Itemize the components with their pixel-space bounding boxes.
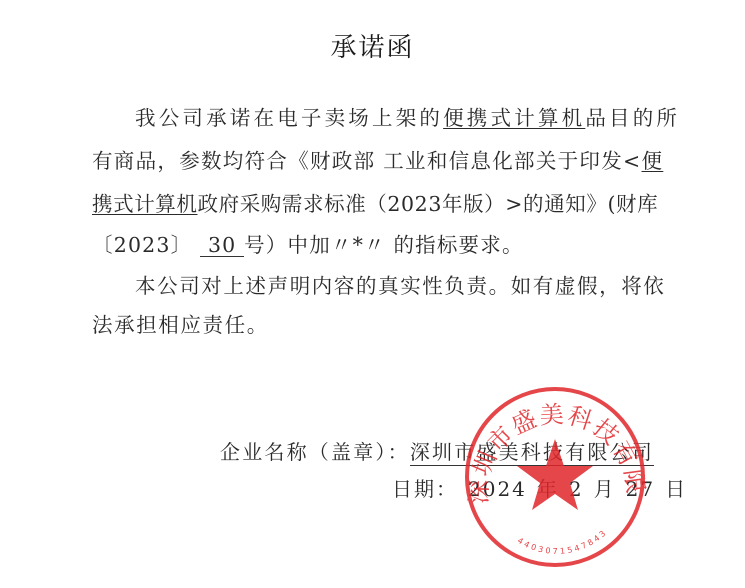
text: 有商品，参数均符合《财政部 工业和信息化部关于印发<	[92, 149, 642, 173]
paragraph1-line3: 携式计算机政府采购需求标准（2023年版）>的通知》(财库	[92, 192, 658, 216]
date-label: 日期：	[392, 477, 458, 501]
date-year: 2024	[468, 477, 527, 501]
paragraph1-line2: 有商品，参数均符合《财政部 工业和信息化部关于印发<便	[92, 149, 663, 173]
text: 〔2023〕	[92, 233, 192, 257]
date-day: 27	[626, 477, 655, 501]
text: 我公司承诺在电子卖场上架的	[135, 106, 443, 130]
document-number: 30	[200, 234, 244, 257]
paragraph2-line2: 法承担相应责任。	[92, 313, 269, 337]
product-name-part: 便	[642, 149, 664, 173]
company-label: 企业名称（盖章）：	[220, 440, 410, 464]
paragraph2-line1: 本公司对上述声明内容的真实性负责。如有虚假，将依	[135, 274, 665, 298]
company-signature: 企业名称（盖章）：深圳市盛美科技有限公司	[220, 436, 654, 465]
paragraph1-line4: 〔2023〕 30号）中加〃*〃 的指标要求。	[92, 233, 524, 257]
svg-text:4403071547843: 4403071547843	[516, 527, 609, 556]
text: 号）中加〃*〃 的指标要求。	[244, 233, 524, 257]
text: 政府采购需求标准（2023年版）>的通知》(财库	[198, 192, 659, 216]
date-month-unit: 月	[594, 477, 616, 501]
date-year-unit: 年	[537, 477, 559, 501]
stamp-number: 4403071547843	[516, 527, 609, 556]
signature-date: 日期：2024年2月27日	[392, 473, 697, 502]
product-name: 便携式计算机	[443, 106, 585, 130]
product-name-part: 携式计算机	[92, 192, 198, 216]
date-day-unit: 日	[665, 477, 687, 501]
document-title: 承诺函	[0, 27, 745, 64]
date-month: 2	[569, 477, 584, 501]
company-name: 深圳市盛美科技有限公司	[410, 440, 654, 466]
text: 品目的所	[585, 106, 680, 130]
paragraph1-line1: 我公司承诺在电子卖场上架的便携式计算机品目的所	[135, 106, 680, 130]
